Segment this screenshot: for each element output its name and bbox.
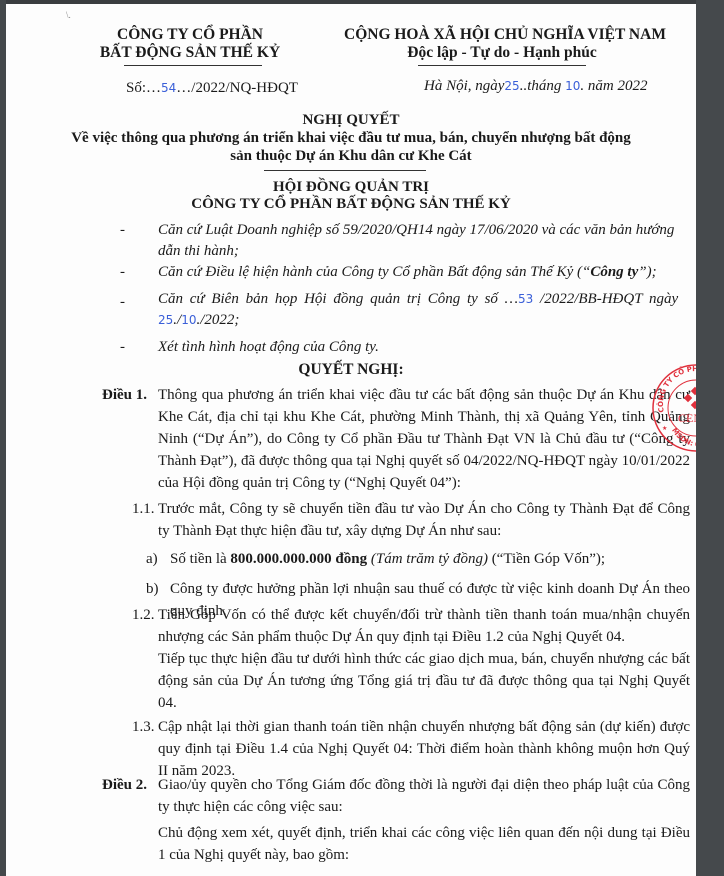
article-2-text2: Chủ động xem xét, quyết định, triển khai…	[158, 822, 690, 866]
handwritten-month: 10	[565, 79, 580, 93]
issuer-line1: HỘI ĐỒNG QUẢN TRỊ	[6, 179, 696, 196]
company-line1: CÔNG TY CỔ PHẦN	[90, 26, 290, 44]
country-line1: CỘNG HOÀ XÃ HỘI CHỦ NGHĨA VIỆT NAM	[344, 26, 660, 44]
company-header-rule	[124, 65, 262, 66]
basis-3-line1: Căn cứ Biên bản họp Hội đồng quản trị Cô…	[158, 288, 678, 310]
seal-center-text: CEN L	[678, 411, 696, 425]
section-1-3-text: Cập nhật lại thời gian thanh toán tiền n…	[158, 716, 690, 782]
document-title: NGHỊ QUYẾT	[6, 112, 696, 129]
handwritten-day: 25	[504, 79, 519, 93]
bullet-dash: -	[120, 222, 125, 239]
article-1-label: Điều 1.	[102, 384, 147, 406]
bullet-dash: -	[120, 294, 125, 311]
subject-line1: Về việc thông qua phương án triển khai v…	[6, 130, 696, 147]
national-header-rule	[418, 65, 586, 66]
item-a-text: Số tiền là 800.000.000.000 đồng (Tám tră…	[170, 548, 605, 570]
section-1-2-text: Tiền Góp Vốn có thể được kết chuyển/đối …	[158, 604, 690, 648]
company-header: CÔNG TY CỔ PHẦN BẤT ĐỘNG SẢN THẾ KỶ	[90, 26, 290, 62]
basis-3-line2: 25./10./2022;	[158, 309, 239, 331]
country-motto: Độc lập - Tự do - Hạnh phúc	[344, 44, 660, 62]
company-seal-icon: CÔNG TY CỔ PHẦN BẤ MSDN: 010 CEN L ★	[650, 362, 696, 454]
bullet-dash: -	[120, 264, 125, 281]
contribution-amount: 800.000.000.000 đồng	[230, 551, 367, 567]
company-line2: BẤT ĐỘNG SẢN THẾ KỶ	[90, 44, 290, 62]
section-1-2-label: 1.2.	[132, 604, 155, 626]
basis-1-line1: Căn cứ Luật Doanh nghiệp số 59/2020/QH14…	[158, 219, 674, 241]
handwritten-minutes-day: 25	[158, 313, 173, 327]
svg-text:★: ★	[662, 425, 667, 432]
document-page: \. CÔNG TY CỔ PHẦN BẤT ĐỘNG SẢN THẾ KỶ C…	[6, 4, 696, 876]
bullet-dash: -	[120, 339, 125, 356]
title-rule	[264, 170, 426, 171]
article-2-text: Giao/ủy quyền cho Tổng Giám đốc đồng thờ…	[158, 774, 690, 818]
basis-4: Xét tình hình hoạt động của Công ty.	[158, 336, 379, 358]
decision-heading: QUYẾT NGHỊ:	[6, 361, 696, 379]
document-date: Hà Nội, ngày25..tháng 10. năm 2022	[424, 78, 648, 95]
scan-mark: \.	[66, 10, 71, 20]
handwritten-minutes-month: 10	[181, 313, 196, 327]
item-a-label: a)	[146, 548, 158, 570]
handwritten-number: 54	[161, 81, 176, 95]
article-2-label: Điều 2.	[102, 774, 147, 796]
subject-line2: sản thuộc Dự án Khu dân cư Khe Cát	[6, 148, 696, 165]
issuer-line2: CÔNG TY CỔ PHẦN BẤT ĐỘNG SẢN THẾ KỶ	[6, 196, 696, 213]
article-1-text: Thông qua phương án triển khai việc đầu …	[158, 384, 690, 494]
section-1-1-text: Trước mắt, Công ty sẽ chuyển tiền đầu tư…	[158, 498, 690, 542]
item-b-label: b)	[146, 578, 159, 600]
basis-2: Căn cứ Điều lệ hiện hành của Công ty Cổ …	[158, 261, 657, 283]
national-header: CỘNG HOÀ XÃ HỘI CHỦ NGHĨA VIỆT NAM Độc l…	[344, 26, 660, 62]
section-1-3-label: 1.3.	[132, 716, 155, 738]
viewer-scrollbar[interactable]	[696, 0, 724, 876]
document-number: Số:…54…/2022/NQ-HĐQT	[126, 80, 298, 97]
handwritten-minutes-number: 53	[518, 292, 533, 306]
section-1-2-text2: Tiếp tục thực hiện đầu tư dưới hình thức…	[158, 648, 690, 714]
section-1-1-label: 1.1.	[132, 498, 155, 520]
basis-1-line2: dẫn thi hành;	[158, 240, 239, 262]
